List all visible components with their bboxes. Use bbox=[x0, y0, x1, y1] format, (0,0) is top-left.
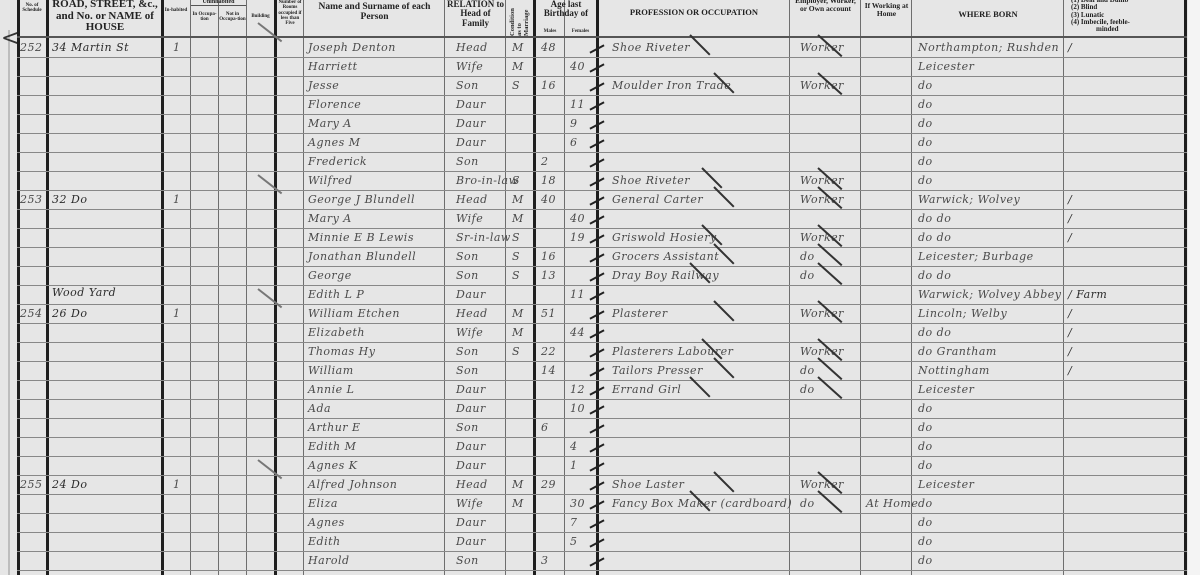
column-divider bbox=[46, 0, 49, 575]
household-divider-mark bbox=[257, 459, 282, 479]
cell-age-m: 14 bbox=[541, 364, 556, 377]
cell-name: Joseph Denton bbox=[308, 41, 396, 54]
row-rule bbox=[17, 57, 1187, 58]
cell-condition: M bbox=[512, 307, 524, 320]
column-divider bbox=[789, 0, 790, 575]
cell-relation: Son bbox=[456, 421, 479, 434]
header-infirmity: (1) Deaf and Dumb (2) Blind (3) Lunatic … bbox=[1071, 0, 1186, 34]
cell-relation: Son bbox=[456, 364, 479, 377]
row-rule bbox=[17, 285, 1187, 286]
cell-relation: Daur bbox=[456, 98, 486, 111]
cell-name: Agnes M bbox=[308, 136, 360, 149]
cell-occupation: Errand Girl bbox=[612, 383, 681, 396]
cell-employer: do bbox=[800, 497, 815, 510]
cell-age-m: 51 bbox=[541, 307, 556, 320]
cell-infirm: / bbox=[1068, 345, 1072, 358]
cell-condition: M bbox=[512, 193, 524, 206]
row-rule bbox=[17, 323, 1187, 324]
row-rule bbox=[17, 209, 1187, 210]
row-rule bbox=[17, 342, 1187, 343]
cell-infirm: / bbox=[1068, 326, 1072, 339]
cell-condition: S bbox=[512, 79, 520, 92]
cell-inhabited: 1 bbox=[173, 307, 181, 320]
cell-relation: Son bbox=[456, 250, 479, 263]
cell-age-f: 40 bbox=[570, 212, 585, 225]
cell-infirm: / bbox=[1068, 307, 1072, 320]
header-building: Building bbox=[247, 14, 274, 19]
cell-occupation: Griswold Hosiery bbox=[612, 231, 717, 244]
header-relation: RELATION to Head of Family bbox=[446, 0, 505, 28]
cell-age-f: 7 bbox=[570, 516, 578, 529]
cell-age-m: 2 bbox=[541, 155, 549, 168]
cell-born: do do bbox=[918, 326, 951, 339]
cell-relation: Bro-in-law bbox=[456, 174, 519, 187]
cell-occupation: Shoe Laster bbox=[612, 478, 684, 491]
cell-occupation: Grocers Assistant bbox=[612, 250, 719, 263]
cell-name: Jonathan Blundell bbox=[308, 250, 416, 263]
cell-relation: Son bbox=[456, 79, 479, 92]
cell-born: Warwick; Wolvey bbox=[918, 193, 1020, 206]
row-rule bbox=[17, 152, 1187, 153]
row-rule bbox=[17, 380, 1187, 381]
row-rule bbox=[17, 247, 1187, 248]
cell-age-f: 4 bbox=[570, 440, 578, 453]
row-rule bbox=[17, 304, 1187, 305]
cell-born: do bbox=[918, 516, 933, 529]
cell-relation: Son bbox=[456, 269, 479, 282]
cell-infirm: / bbox=[1068, 212, 1072, 225]
cell-condition: M bbox=[512, 60, 524, 73]
cell-born: do bbox=[918, 155, 933, 168]
cell-name: Mary A bbox=[308, 117, 352, 130]
cell-occupation: Moulder Iron Trade bbox=[612, 79, 731, 92]
header-schedule-no: No. of Schedule bbox=[18, 3, 46, 14]
cell-age-m: 16 bbox=[541, 250, 556, 263]
cell-condition: S bbox=[512, 250, 520, 263]
cell-age-m: 29 bbox=[541, 478, 556, 491]
cell-born: do bbox=[918, 554, 933, 567]
cell-schedule: 254 bbox=[20, 307, 43, 320]
row-rule bbox=[17, 133, 1187, 134]
cell-address: Wood Yard bbox=[52, 286, 116, 299]
cell-inhabited: 1 bbox=[173, 478, 181, 491]
column-divider bbox=[860, 0, 861, 575]
cell-name: Alfred Johnson bbox=[308, 478, 397, 491]
cell-condition: S bbox=[512, 269, 520, 282]
cell-age-f: 11 bbox=[570, 288, 585, 301]
cell-schedule: 253 bbox=[20, 193, 43, 206]
row-rule bbox=[17, 190, 1187, 191]
cell-home: At Home bbox=[866, 497, 918, 510]
header-inhabited: In-habited bbox=[162, 8, 190, 13]
infirmity-option: minded bbox=[1071, 26, 1186, 33]
header-age-females: Females bbox=[565, 29, 596, 34]
cell-relation: Son bbox=[456, 155, 479, 168]
cell-name: Frederick bbox=[308, 155, 367, 168]
column-divider bbox=[1063, 0, 1064, 575]
cell-relation: Daur bbox=[456, 535, 486, 548]
cell-born: do bbox=[918, 440, 933, 453]
cell-age-f: 12 bbox=[570, 383, 585, 396]
cell-age-m: 16 bbox=[541, 79, 556, 92]
cell-condition: M bbox=[512, 478, 524, 491]
cell-employer: do bbox=[800, 250, 815, 263]
cell-relation: Head bbox=[456, 193, 488, 206]
cell-name: Florence bbox=[308, 98, 361, 111]
cell-born: do bbox=[918, 421, 933, 434]
header-rule bbox=[17, 36, 1187, 38]
cell-age-m: 22 bbox=[541, 345, 556, 358]
cell-condition: M bbox=[512, 326, 524, 339]
cell-age-f: 40 bbox=[570, 60, 585, 73]
household-divider-mark bbox=[257, 174, 282, 194]
cell-condition: S bbox=[512, 174, 520, 187]
cell-age-f: 11 bbox=[570, 98, 585, 111]
cell-occupation: General Carter bbox=[612, 193, 703, 206]
cell-address: 26 Do bbox=[52, 307, 87, 320]
cell-inhabited: 1 bbox=[173, 193, 181, 206]
cell-born: do bbox=[918, 402, 933, 415]
cell-age-f: 19 bbox=[570, 231, 585, 244]
column-divider bbox=[161, 0, 164, 575]
cell-name: Wilfred bbox=[308, 174, 353, 187]
cell-born: do bbox=[918, 535, 933, 548]
cell-name: George bbox=[308, 269, 352, 282]
cell-name: William bbox=[308, 364, 354, 377]
cell-born: Nottingham bbox=[918, 364, 990, 377]
cell-condition: S bbox=[512, 345, 520, 358]
cell-condition: S bbox=[512, 231, 520, 244]
cell-age-m: 3 bbox=[541, 554, 549, 567]
row-rule bbox=[17, 399, 1187, 400]
row-rule bbox=[17, 532, 1187, 533]
cell-name: Eliza bbox=[308, 497, 338, 510]
cell-relation: Daur bbox=[456, 136, 486, 149]
cell-name: Jesse bbox=[308, 79, 339, 92]
cell-age-f: 30 bbox=[570, 497, 585, 510]
cell-born: do bbox=[918, 98, 933, 111]
row-rule bbox=[17, 171, 1187, 172]
cell-born: do bbox=[918, 497, 933, 510]
cell-name: Agnes K bbox=[308, 459, 357, 472]
cell-schedule: 252 bbox=[20, 41, 43, 54]
cell-address: 24 Do bbox=[52, 478, 87, 491]
cell-name: George J Blundell bbox=[308, 193, 415, 206]
column-divider bbox=[246, 0, 247, 575]
page-edge bbox=[8, 30, 10, 575]
row-rule bbox=[17, 114, 1187, 115]
cell-born: do bbox=[918, 79, 933, 92]
cell-occupation: Tailors Presser bbox=[612, 364, 703, 377]
cell-born: do bbox=[918, 117, 933, 130]
column-divider bbox=[274, 0, 277, 575]
cell-born: do do bbox=[918, 212, 951, 225]
cell-age-f: 44 bbox=[570, 326, 585, 339]
header-uninhabited: Uninhabited bbox=[191, 0, 246, 6]
header-not-in-occupation: Not in Occupa-tion bbox=[219, 12, 246, 23]
row-rule bbox=[17, 475, 1187, 476]
cell-name: Harold bbox=[308, 554, 350, 567]
column-divider bbox=[533, 0, 536, 575]
cell-condition: M bbox=[512, 497, 524, 510]
header-condition: Condition as to Marriage bbox=[509, 2, 530, 36]
cell-age-m: 13 bbox=[541, 269, 556, 282]
column-divider bbox=[218, 0, 219, 575]
row-rule bbox=[17, 456, 1187, 457]
cell-born: do do bbox=[918, 269, 951, 282]
cell-relation: Head bbox=[456, 41, 488, 54]
cell-name: William Etchen bbox=[308, 307, 400, 320]
header-road-street: ROAD, STREET, &c., and No. or NAME of HO… bbox=[49, 0, 161, 34]
cell-name: Minnie E B Lewis bbox=[308, 231, 414, 244]
cell-born: Warwick; Wolvey Abbey bbox=[918, 288, 1062, 301]
cell-infirm: / bbox=[1068, 364, 1072, 377]
cell-relation: Daur bbox=[456, 516, 486, 529]
cell-condition: M bbox=[512, 41, 524, 54]
cell-name: Agnes bbox=[308, 516, 345, 529]
cell-born: Leicester bbox=[918, 478, 974, 491]
cell-occupation: Plasterer bbox=[612, 307, 668, 320]
column-divider bbox=[303, 0, 304, 575]
cell-inhabited: 1 bbox=[173, 41, 181, 54]
cell-address: 32 Do bbox=[52, 193, 87, 206]
cell-born: do bbox=[918, 136, 933, 149]
cell-age-m: 6 bbox=[541, 421, 549, 434]
cell-born: do Grantham bbox=[918, 345, 997, 358]
column-divider bbox=[444, 0, 445, 575]
column-divider bbox=[564, 0, 565, 575]
cell-occupation: Shoe Riveter bbox=[612, 41, 690, 54]
cell-relation: Daur bbox=[456, 117, 486, 130]
cell-born: do bbox=[918, 174, 933, 187]
cell-relation: Son bbox=[456, 345, 479, 358]
cell-relation: Daur bbox=[456, 402, 486, 415]
header-age: Age last Birthday of bbox=[536, 0, 596, 19]
cell-relation: Daur bbox=[456, 288, 486, 301]
header-name: Name and Surname of each Person bbox=[305, 3, 444, 23]
row-rule bbox=[17, 228, 1187, 229]
cell-infirm: / bbox=[1068, 231, 1072, 244]
cell-age-m: 48 bbox=[541, 41, 556, 54]
cell-relation: Wife bbox=[456, 326, 483, 339]
cell-relation: Wife bbox=[456, 212, 483, 225]
cell-employer: do bbox=[800, 269, 815, 282]
cell-born: Leicester; Burbage bbox=[918, 250, 1034, 263]
cell-age-f: 6 bbox=[570, 136, 578, 149]
cell-born: Lincoln; Welby bbox=[918, 307, 1007, 320]
column-divider bbox=[911, 0, 912, 575]
header-age-males: Males bbox=[536, 29, 564, 34]
cell-infirm: / bbox=[1068, 193, 1072, 206]
cell-born: do bbox=[918, 459, 933, 472]
cell-relation: Daur bbox=[456, 383, 486, 396]
cell-address: 34 Martin St bbox=[52, 41, 129, 54]
cell-name: Edith bbox=[308, 535, 341, 548]
cell-relation: Wife bbox=[456, 497, 483, 510]
cell-name: Annie L bbox=[308, 383, 354, 396]
cell-name: Thomas Hy bbox=[308, 345, 375, 358]
cell-born: Leicester bbox=[918, 60, 974, 73]
infirmity-option: (4) Imbecile, feeble- bbox=[1071, 19, 1186, 26]
cell-name: Mary A bbox=[308, 212, 352, 225]
cell-employer: do bbox=[800, 383, 815, 396]
row-rule bbox=[17, 76, 1187, 77]
row-rule bbox=[17, 437, 1187, 438]
cell-relation: Head bbox=[456, 307, 488, 320]
row-rule bbox=[17, 418, 1187, 419]
row-rule bbox=[17, 266, 1187, 267]
cell-age-f: 9 bbox=[570, 117, 578, 130]
cell-born: do do bbox=[918, 231, 951, 244]
cell-condition: M bbox=[512, 212, 524, 225]
column-divider bbox=[505, 0, 506, 575]
cell-infirm: / Farm bbox=[1068, 288, 1107, 301]
header-rooms: Number of Rooms occupied if less than Fi… bbox=[277, 0, 303, 26]
cell-age-f: 5 bbox=[570, 535, 578, 548]
cell-relation: Head bbox=[456, 478, 488, 491]
cell-age-f: 1 bbox=[570, 459, 578, 472]
cell-age-m: 18 bbox=[541, 174, 556, 187]
cell-age-f: 10 bbox=[570, 402, 585, 415]
cell-born: Northampton; Rushden bbox=[918, 41, 1059, 54]
census-sheet: < No. of Schedule ROAD, STREET, &c., and… bbox=[0, 0, 1200, 575]
cell-name: Arthur E bbox=[308, 421, 361, 434]
cell-employer: do bbox=[800, 364, 815, 377]
cell-relation: Wife bbox=[456, 60, 483, 73]
cell-name: Edith L P bbox=[308, 288, 364, 301]
header-working-home: If Working at Home bbox=[862, 2, 911, 18]
cell-relation: Sr-in-law bbox=[456, 231, 511, 244]
header-in-occupation: In Occupa-tion bbox=[191, 12, 218, 23]
cell-name: Elizabeth bbox=[308, 326, 365, 339]
cell-relation: Son bbox=[456, 554, 479, 567]
header-employer: Employer, Worker, or Own account bbox=[791, 0, 860, 13]
row-rule bbox=[17, 570, 1187, 571]
cell-schedule: 255 bbox=[20, 478, 43, 491]
header-where-born: WHERE BORN bbox=[913, 10, 1063, 19]
cell-relation: Daur bbox=[456, 459, 486, 472]
cell-relation: Daur bbox=[456, 440, 486, 453]
cell-infirm: / bbox=[1068, 41, 1072, 54]
row-rule bbox=[17, 513, 1187, 514]
cell-born: Leicester bbox=[918, 383, 974, 396]
cell-name: Harriett bbox=[308, 60, 358, 73]
household-divider-mark bbox=[257, 288, 282, 308]
cell-name: Ada bbox=[308, 402, 331, 415]
cell-age-m: 40 bbox=[541, 193, 556, 206]
column-divider bbox=[1184, 0, 1187, 575]
row-rule bbox=[17, 361, 1187, 362]
row-rule bbox=[17, 95, 1187, 96]
column-divider bbox=[190, 0, 191, 575]
cell-occupation: Shoe Riveter bbox=[612, 174, 690, 187]
row-rule bbox=[17, 494, 1187, 495]
header-occupation: PROFESSION OR OCCUPATION bbox=[599, 8, 789, 17]
page-margin bbox=[1188, 0, 1200, 575]
cell-name: Edith M bbox=[308, 440, 356, 453]
row-rule bbox=[17, 551, 1187, 552]
